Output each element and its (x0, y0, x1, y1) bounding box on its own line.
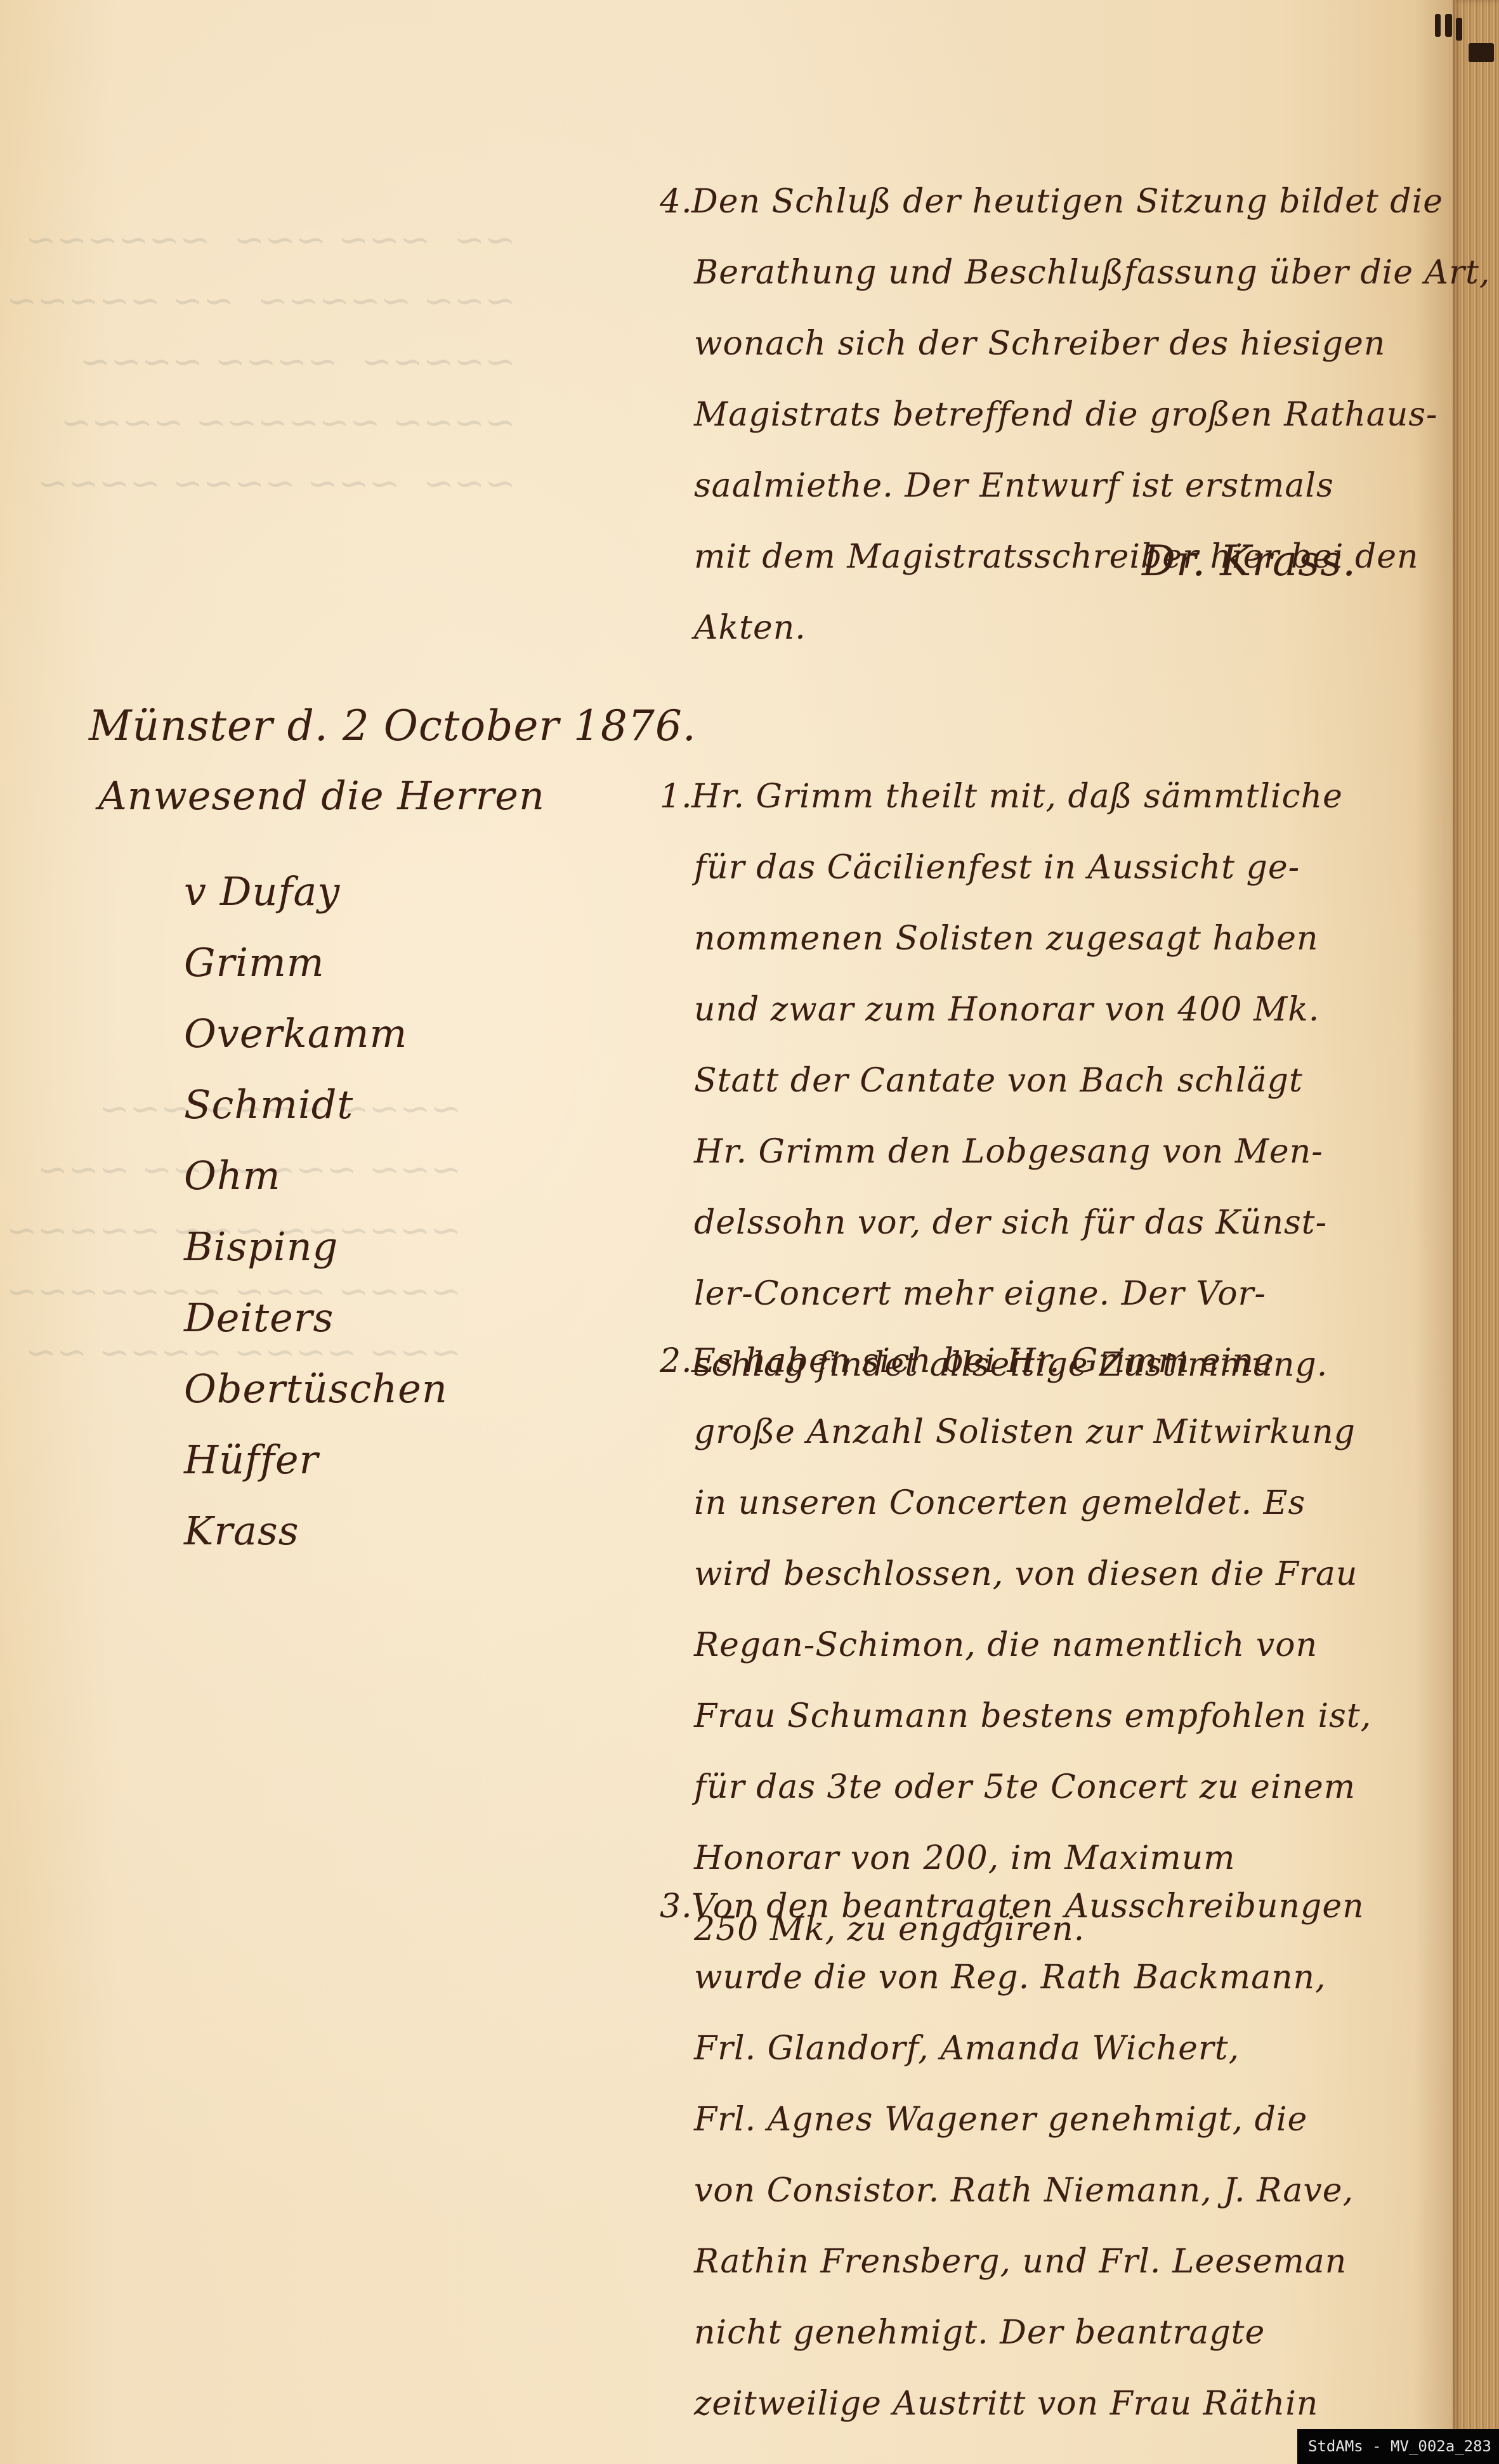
item-line: delssohn vor, der sich für das Künst- (660, 1187, 1377, 1258)
edge-ink-mark (1456, 18, 1462, 41)
attendance-label: Anwesend die Herren (98, 761, 634, 831)
agenda-item-3: 3.Von den beantragten Ausschreibungen wu… (660, 1871, 1377, 2439)
item-line: Hr. Grimm den Lobgesang von Men- (660, 1116, 1377, 1187)
item-line: Frau Schumann bestens empfohlen ist, (660, 1681, 1377, 1752)
item-line: in unseren Concerten gemeldet. Es (660, 1468, 1377, 1539)
item-line: Frl. Glandorf, Amanda Wichert, (660, 2013, 1377, 2084)
edge-ink-mark (1469, 43, 1494, 62)
item-line: wonach sich der Schreiber des hiesigen (660, 308, 1377, 379)
item-number: 1. (660, 761, 691, 832)
item-line: für das Cäcilienfest in Aussicht ge- (660, 832, 1377, 903)
attendee: Deiters (184, 1282, 634, 1353)
edge-ink-mark (1445, 14, 1452, 37)
item-line: 2.Es haben sich bei Hr. Grimm eine (660, 1326, 1377, 1397)
item-line: Regan-Schimon, die namentlich von (660, 1610, 1377, 1681)
item-line: nicht genehmigt. Der beantragte (660, 2297, 1377, 2368)
item-line: von Consistor. Rath Niemann, J. Rave, (660, 2155, 1377, 2226)
attendee: Krass (184, 1496, 634, 1567)
item-line: Statt der Cantate von Bach schlägt (660, 1045, 1377, 1116)
item-line: Rathin Frensberg, und Frl. Leeseman (660, 2226, 1377, 2297)
item-line: wurde die von Reg. Rath Backmann, (660, 1942, 1377, 2013)
item-number: 2. (660, 1326, 691, 1397)
item-line: wird beschlossen, von diesen die Frau (660, 1539, 1377, 1610)
item-line: für das 3te oder 5te Concert zu einem (660, 1752, 1377, 1823)
item-line: Akten. (660, 592, 1377, 663)
item-line: große Anzahl Solisten zur Mitwirkung (660, 1397, 1377, 1468)
edge-ink-mark (1435, 14, 1441, 37)
attendee: v Dufay (184, 856, 634, 927)
item-line: 4.Den Schluß der heutigen Sitzung bildet… (660, 166, 1377, 237)
attendee: Hüffer (184, 1424, 634, 1496)
book-page-edges (1453, 0, 1499, 2464)
item-line: ler-Concert mehr eigne. Der Vor- (660, 1258, 1377, 1329)
item-line: saalmiethe. Der Entwurf ist erstmals (660, 450, 1377, 521)
item-number: 3. (660, 1871, 691, 1942)
agenda-item-1: 1.Hr. Grimm theilt mit, daß sämmtliche f… (660, 761, 1377, 1400)
item-line: nommenen Solisten zugesagt haben (660, 903, 1377, 974)
item-line: 3.Von den beantragten Ausschreibungen (660, 1871, 1377, 1942)
item-line: und zwar zum Honorar von 400 Mk. (660, 974, 1377, 1045)
signature: Dr. Krass. (1142, 526, 1356, 596)
archive-label: StdAMs - MV_002a_283 (1297, 2429, 1499, 2464)
attendee-list: v Dufay Grimm Overkamm Schmidt Ohm Bispi… (184, 856, 634, 1567)
item-line: Magistrats betreffend die großen Rathaus… (660, 379, 1377, 450)
attendee: Ohm (184, 1140, 634, 1211)
gutter-shadow (1415, 0, 1453, 2464)
attendee: Grimm (184, 927, 634, 998)
item-line: zeitweilige Austritt von Frau Räthin (660, 2368, 1377, 2439)
meeting-header-block: Münster d. 2 October 1876. Anwesend die … (89, 691, 634, 1567)
agenda-item-2: 2.Es haben sich bei Hr. Grimm eine große… (660, 1326, 1377, 1965)
item-line: Berathung und Beschlußfassung über die A… (660, 237, 1377, 308)
item-line: 1.Hr. Grimm theilt mit, daß sämmtliche (660, 761, 1377, 832)
attendee: Bisping (184, 1211, 634, 1282)
meeting-date-header: Münster d. 2 October 1876. (89, 691, 634, 761)
attendee: Overkamm (184, 998, 634, 1069)
attendee: Schmidt (184, 1069, 634, 1140)
item-line: Frl. Agnes Wagener genehmigt, die (660, 2084, 1377, 2155)
item-number: 4. (660, 166, 691, 237)
attendee: Obertüschen (184, 1353, 634, 1424)
